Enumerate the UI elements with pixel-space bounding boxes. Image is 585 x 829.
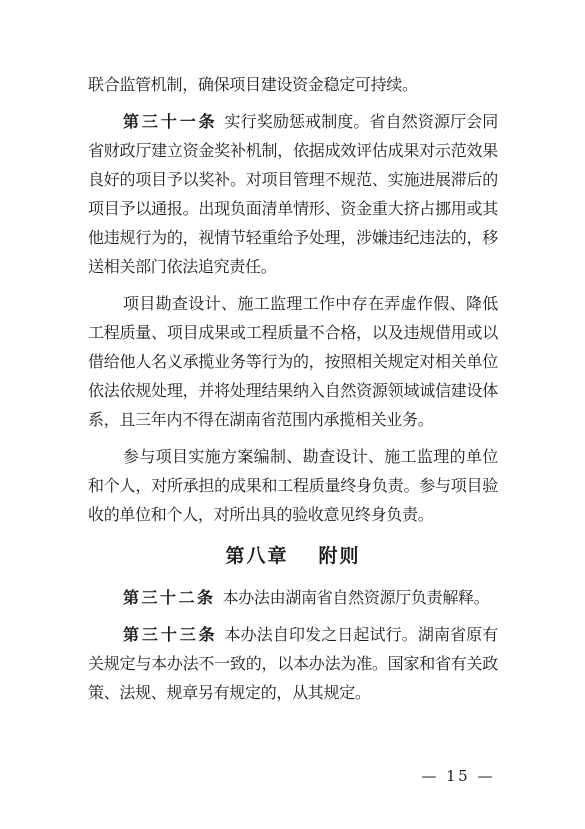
article-32-number: 第三十二条 [123,588,216,607]
paragraph-article-33: 第三十三条本办法自印发之日起试行。湖南省原有关规定与本办法不一致的，以本办法为准… [88,620,498,707]
paragraph-lifetime-responsibility: 参与项目实施方案编制、勘查设计、施工监理的单位和个人，对所承担的成果和工程质量终… [88,442,498,529]
article-31-text: 实行奖励惩戒制度。省自然资源厅会同省财政厅建立资金奖补机制，依据成效评估成果对示… [88,112,498,276]
document-content: 联合监管机制，确保项目建设资金稳定可持续。 第三十一条实行奖励惩戒制度。省自然资… [88,70,498,715]
chapter-number: 第八章 [225,545,288,567]
article-32-text: 本办法由湖南省自然资源厅负责解释。 [223,588,490,607]
paragraph-article-31: 第三十一条实行奖励惩戒制度。省自然资源厅会同省财政厅建立资金奖补机制，依据成效评… [88,107,498,281]
chapter-heading: 第八章附则 [88,542,498,571]
paragraph-article-32: 第三十二条本办法由湖南省自然资源厅负责解释。 [88,583,498,612]
chapter-title: 附则 [319,545,361,567]
article-31-number: 第三十一条 [123,112,218,131]
paragraph-quality-liability: 项目勘查设计、施工监理工作中存在弄虚作假、降低工程质量、项目成果或工程质量不合格… [88,289,498,434]
paragraph-continuation: 联合监管机制，确保项目建设资金稳定可持续。 [88,70,498,99]
page-number: — 15 — [421,767,495,785]
article-33-number: 第三十三条 [123,625,218,644]
document-page: 联合监管机制，确保项目建设资金稳定可持续。 第三十一条实行奖励惩戒制度。省自然资… [0,0,585,829]
